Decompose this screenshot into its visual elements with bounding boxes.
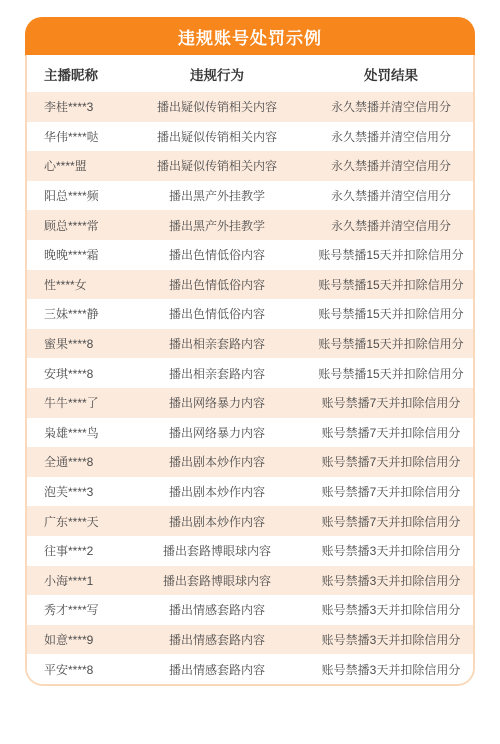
violation-cell: 播出黑产外挂教学 [125, 187, 309, 204]
violation-cell: 播出相亲套路内容 [125, 365, 309, 382]
table-row: 李桂****3播出疑似传销相关内容永久禁播并清空信用分 [27, 92, 473, 122]
column-header-violation: 违规行为 [125, 64, 309, 84]
table-row: 华伟****哒播出疑似传销相关内容永久禁播并清空信用分 [27, 122, 473, 152]
violation-cell: 播出剧本炒作内容 [125, 513, 309, 530]
nickname-cell: 泡芙****3 [27, 483, 125, 500]
violation-cell: 播出剧本炒作内容 [125, 483, 309, 500]
punishment-cell: 永久禁播并清空信用分 [309, 157, 473, 174]
nickname-cell: 阳总****频 [27, 187, 125, 204]
violation-cell: 播出疑似传销相关内容 [125, 157, 309, 174]
violation-cell: 播出情感套路内容 [125, 661, 309, 678]
nickname-cell: 全通****8 [27, 453, 125, 470]
nickname-cell: 性****女 [27, 276, 125, 293]
nickname-cell: 往事****2 [27, 542, 125, 559]
punishment-cell: 账号禁播3天并扣除信用分 [309, 601, 473, 618]
table-row: 蜜果****8播出相亲套路内容账号禁播15天并扣除信用分 [27, 329, 473, 359]
punishment-cell: 账号禁播15天并扣除信用分 [309, 246, 473, 263]
table-row: 牛牛****了播出网络暴力内容账号禁播7天并扣除信用分 [27, 388, 473, 418]
table-row: 枭雄****鸟播出网络暴力内容账号禁播7天并扣除信用分 [27, 418, 473, 448]
violation-cell: 播出疑似传销相关内容 [125, 128, 309, 145]
table-row: 阳总****频播出黑产外挂教学永久禁播并清空信用分 [27, 181, 473, 211]
nickname-cell: 晚晚****霜 [27, 246, 125, 263]
violation-cell: 播出剧本炒作内容 [125, 453, 309, 470]
table-row: 往事****2播出套路博眼球内容账号禁播3天并扣除信用分 [27, 536, 473, 566]
punishment-cell: 账号禁播7天并扣除信用分 [309, 483, 473, 500]
nickname-cell: 如意****9 [27, 631, 125, 648]
nickname-cell: 李桂****3 [27, 98, 125, 115]
violation-cell: 播出色情低俗内容 [125, 305, 309, 322]
nickname-cell: 枭雄****鸟 [27, 424, 125, 441]
violation-cell: 播出黑产外挂教学 [125, 217, 309, 234]
violation-cell: 播出疑似传销相关内容 [125, 98, 309, 115]
nickname-cell: 安琪****8 [27, 365, 125, 382]
violation-punishment-card: 违规账号处罚示例 主播昵称 违规行为 处罚结果 李桂****3播出疑似传销相关内… [25, 17, 475, 686]
table-body: 李桂****3播出疑似传销相关内容永久禁播并清空信用分华伟****哒播出疑似传销… [27, 92, 473, 684]
violation-cell: 播出相亲套路内容 [125, 335, 309, 352]
table-header-row: 主播昵称 违规行为 处罚结果 [27, 55, 473, 92]
table-row: 平安****8播出情感套路内容账号禁播3天并扣除信用分 [27, 654, 473, 684]
nickname-cell: 华伟****哒 [27, 128, 125, 145]
nickname-cell: 蜜果****8 [27, 335, 125, 352]
violation-cell: 播出色情低俗内容 [125, 276, 309, 293]
table-row: 晚晚****霜播出色情低俗内容账号禁播15天并扣除信用分 [27, 240, 473, 270]
punishment-cell: 账号禁播3天并扣除信用分 [309, 542, 473, 559]
violation-cell: 播出网络暴力内容 [125, 424, 309, 441]
punishment-cell: 账号禁播3天并扣除信用分 [309, 631, 473, 648]
table-row: 全通****8播出剧本炒作内容账号禁播7天并扣除信用分 [27, 447, 473, 477]
punishment-cell: 永久禁播并清空信用分 [309, 187, 473, 204]
table-row: 广东****天播出剧本炒作内容账号禁播7天并扣除信用分 [27, 506, 473, 536]
table-row: 泡芙****3播出剧本炒作内容账号禁播7天并扣除信用分 [27, 477, 473, 507]
punishment-cell: 永久禁播并清空信用分 [309, 128, 473, 145]
table-row: 安琪****8播出相亲套路内容账号禁播15天并扣除信用分 [27, 358, 473, 388]
violation-cell: 播出情感套路内容 [125, 601, 309, 618]
punishment-cell: 永久禁播并清空信用分 [309, 98, 473, 115]
table-row: 三妹****静播出色情低俗内容账号禁播15天并扣除信用分 [27, 299, 473, 329]
table-row: 小海****1播出套路博眼球内容账号禁播3天并扣除信用分 [27, 566, 473, 596]
violation-cell: 播出套路博眼球内容 [125, 542, 309, 559]
table-row: 秀才****写播出情感套路内容账号禁播3天并扣除信用分 [27, 595, 473, 625]
nickname-cell: 秀才****写 [27, 601, 125, 618]
punishment-cell: 账号禁播7天并扣除信用分 [309, 513, 473, 530]
table-row: 顾总****常播出黑产外挂教学永久禁播并清空信用分 [27, 210, 473, 240]
nickname-cell: 心****盟 [27, 157, 125, 174]
violation-cell: 播出套路博眼球内容 [125, 572, 309, 589]
punishment-cell: 账号禁播15天并扣除信用分 [309, 305, 473, 322]
punishment-cell: 账号禁播3天并扣除信用分 [309, 661, 473, 678]
violation-cell: 播出色情低俗内容 [125, 246, 309, 263]
violation-cell: 播出情感套路内容 [125, 631, 309, 648]
punishment-cell: 账号禁播3天并扣除信用分 [309, 572, 473, 589]
nickname-cell: 三妹****静 [27, 305, 125, 322]
nickname-cell: 顾总****常 [27, 217, 125, 234]
punishment-cell: 账号禁播7天并扣除信用分 [309, 394, 473, 411]
table-row: 性****女播出色情低俗内容账号禁播15天并扣除信用分 [27, 270, 473, 300]
nickname-cell: 广东****天 [27, 513, 125, 530]
punishment-cell: 永久禁播并清空信用分 [309, 217, 473, 234]
column-header-punishment: 处罚结果 [309, 64, 473, 84]
nickname-cell: 平安****8 [27, 661, 125, 678]
punishment-cell: 账号禁播15天并扣除信用分 [309, 335, 473, 352]
punishment-cell: 账号禁播7天并扣除信用分 [309, 424, 473, 441]
punishment-cell: 账号禁播15天并扣除信用分 [309, 365, 473, 382]
nickname-cell: 小海****1 [27, 572, 125, 589]
table-row: 如意****9播出情感套路内容账号禁播3天并扣除信用分 [27, 625, 473, 655]
violation-cell: 播出网络暴力内容 [125, 394, 309, 411]
punishment-cell: 账号禁播15天并扣除信用分 [309, 276, 473, 293]
table-row: 心****盟播出疑似传销相关内容永久禁播并清空信用分 [27, 151, 473, 181]
card-title: 违规账号处罚示例 [25, 17, 475, 55]
column-header-nickname: 主播昵称 [27, 64, 125, 84]
nickname-cell: 牛牛****了 [27, 394, 125, 411]
punishment-cell: 账号禁播7天并扣除信用分 [309, 453, 473, 470]
